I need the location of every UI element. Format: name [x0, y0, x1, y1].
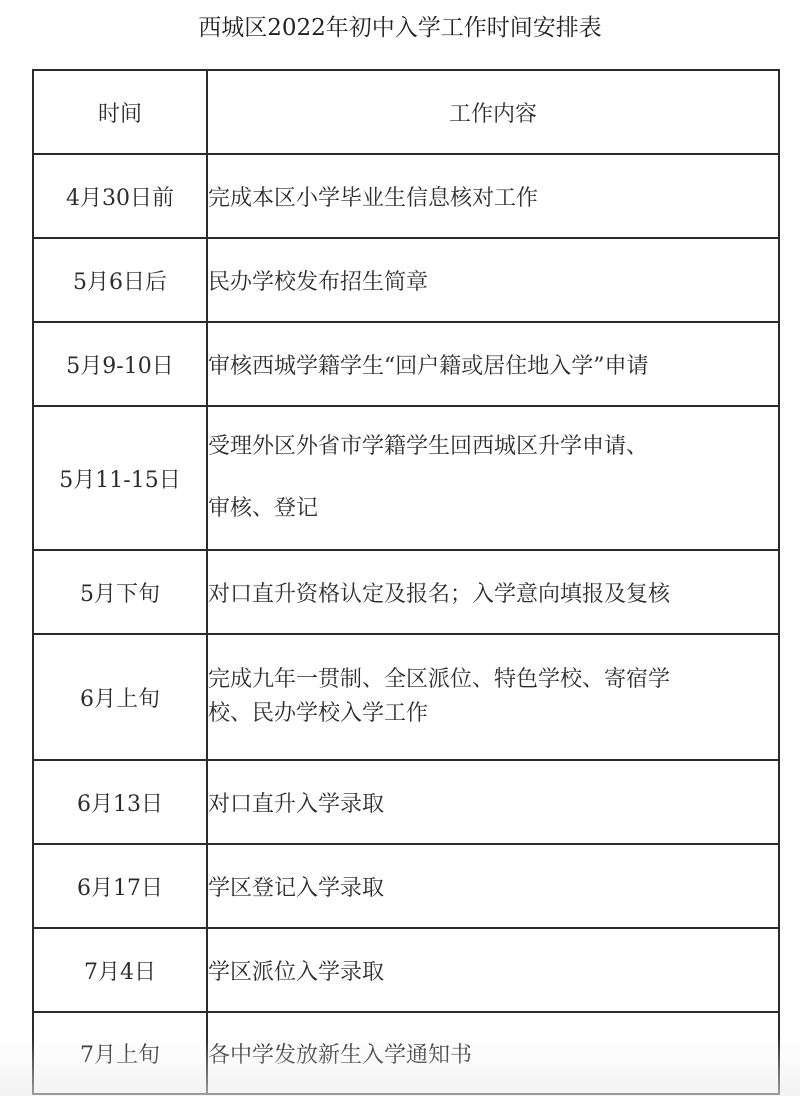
time-cell: 6月17日: [33, 844, 207, 928]
content-cell: 对口直升入学录取: [207, 760, 779, 844]
table-row: 7月上旬 各中学发放新生入学通知书: [33, 1012, 779, 1094]
content-cell: 完成本区小学毕业生信息核对工作: [207, 154, 779, 238]
content-text: 审核西城学籍学生“回户籍或居住地入学”申请: [208, 349, 778, 380]
content-text-line-1: 受理外区外省市学籍学生回西城区升学申请、: [208, 416, 778, 478]
table-row: 5月11-15日 受理外区外省市学籍学生回西城区升学申请、 审核、登记: [33, 406, 779, 550]
content-cell: 完成九年一贯制、全区派位、特色学校、寄宿学 校、民办学校入学工作: [207, 634, 779, 760]
table-row: 4月30日前 完成本区小学毕业生信息核对工作: [33, 154, 779, 238]
content-text-line-1: 完成九年一贯制、全区派位、特色学校、寄宿学: [208, 663, 778, 697]
content-cell: 学区派位入学录取: [207, 928, 779, 1012]
page-title: 西城区2022年初中入学工作时间安排表: [0, 10, 800, 46]
time-cell: 5月11-15日: [33, 406, 207, 550]
content-text: 学区登记入学录取: [208, 871, 778, 902]
time-cell: 5月下旬: [33, 550, 207, 634]
content-text: 完成本区小学毕业生信息核对工作: [208, 181, 778, 212]
time-cell: 4月30日前: [33, 154, 207, 238]
content-text-line-2: 审核、登记: [208, 478, 778, 540]
time-cell: 5月6日后: [33, 238, 207, 322]
table-row: 6月上旬 完成九年一贯制、全区派位、特色学校、寄宿学 校、民办学校入学工作: [33, 634, 779, 760]
time-cell: 6月13日: [33, 760, 207, 844]
table-row: 6月17日 学区登记入学录取: [33, 844, 779, 928]
content-cell: 受理外区外省市学籍学生回西城区升学申请、 审核、登记: [207, 406, 779, 550]
time-cell: 5月9-10日: [33, 322, 207, 406]
time-cell: 7月上旬: [33, 1012, 207, 1094]
table-row: 7月4日 学区派位入学录取: [33, 928, 779, 1012]
content-text: 民办学校发布招生简章: [208, 265, 778, 296]
content-cell: 对口直升资格认定及报名；入学意向填报及复核: [207, 550, 779, 634]
content-text-line-2: 校、民办学校入学工作: [208, 697, 778, 731]
table-row: 6月13日 对口直升入学录取: [33, 760, 779, 844]
time-cell: 7月4日: [33, 928, 207, 1012]
column-header-time: 时间: [33, 70, 207, 154]
content-cell: 各中学发放新生入学通知书: [207, 1012, 779, 1094]
content-cell: 民办学校发布招生简章: [207, 238, 779, 322]
time-cell: 6月上旬: [33, 634, 207, 760]
schedule-table: 时间 工作内容 4月30日前 完成本区小学毕业生信息核对工作 5月6日后 民办学…: [32, 69, 780, 1095]
content-text: 学区派位入学录取: [208, 955, 778, 986]
content-text: 各中学发放新生入学通知书: [208, 1038, 778, 1069]
content-text: 对口直升资格认定及报名；入学意向填报及复核: [208, 577, 778, 608]
table-row: 5月6日后 民办学校发布招生简章: [33, 238, 779, 322]
content-cell: 学区登记入学录取: [207, 844, 779, 928]
content-cell: 审核西城学籍学生“回户籍或居住地入学”申请: [207, 322, 779, 406]
content-text: 对口直升入学录取: [208, 787, 778, 818]
table-row: 5月下旬 对口直升资格认定及报名；入学意向填报及复核: [33, 550, 779, 634]
table-header-row: 时间 工作内容: [33, 70, 779, 154]
column-header-content: 工作内容: [207, 70, 779, 154]
table-row: 5月9-10日 审核西城学籍学生“回户籍或居住地入学”申请: [33, 322, 779, 406]
